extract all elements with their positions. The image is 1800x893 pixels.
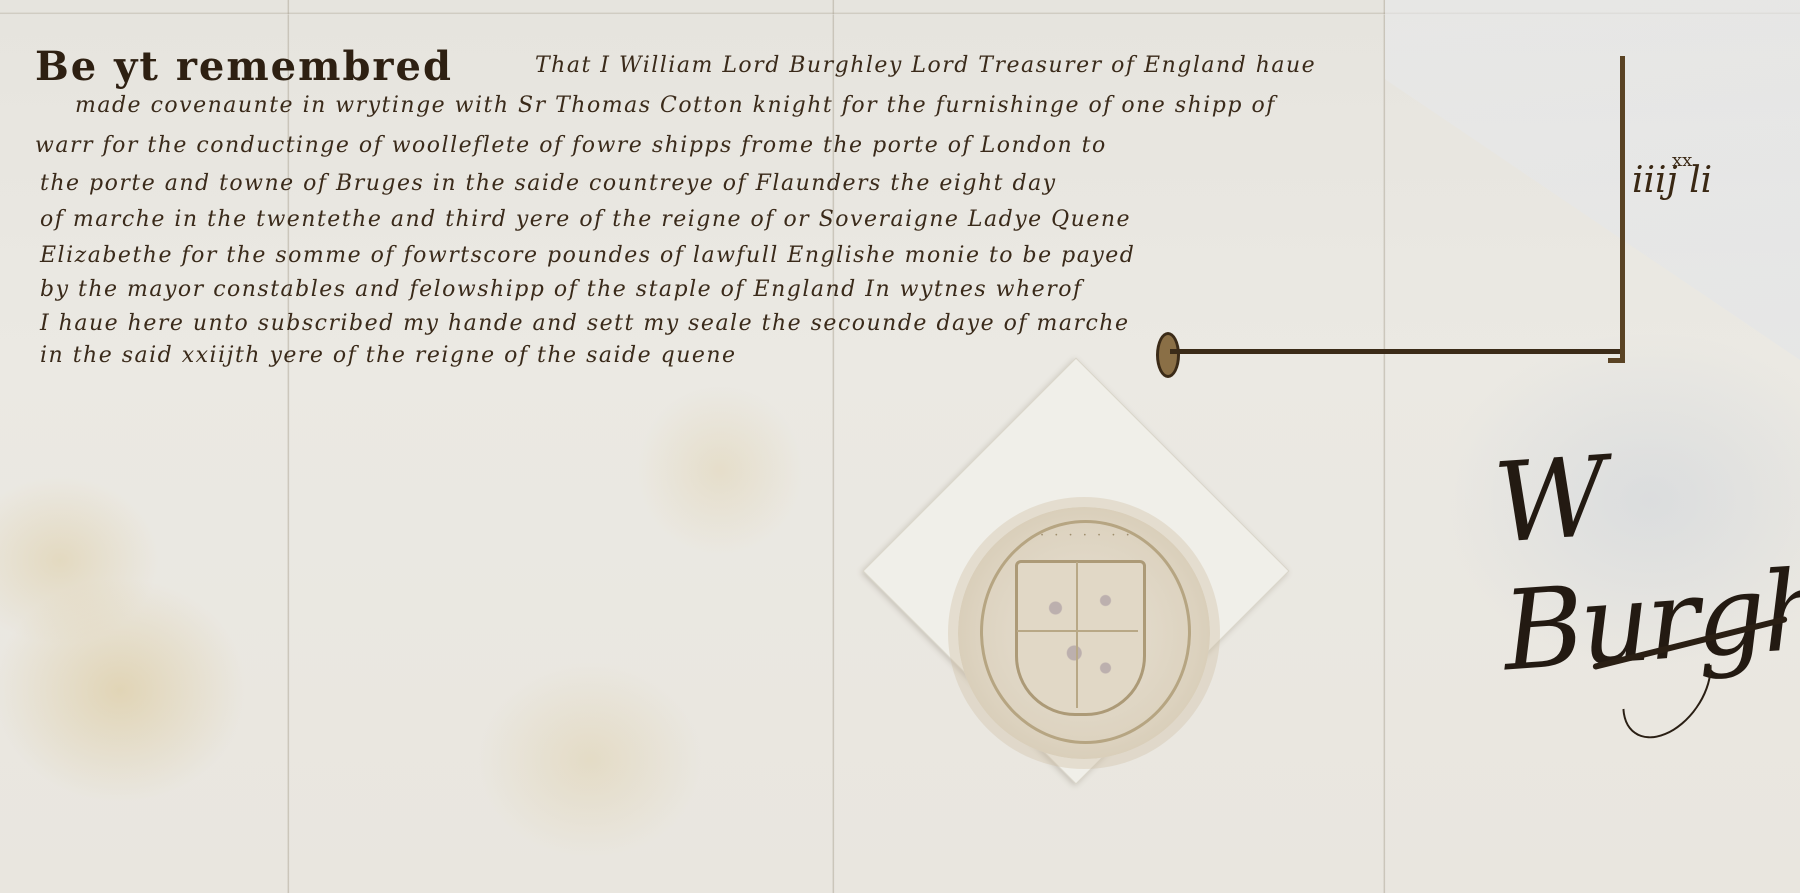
text-line: the porte and towne of Bruges in the sai… (40, 171, 1057, 196)
fold-line (1383, 0, 1386, 893)
rule-terminal (1156, 332, 1180, 378)
marginal-bracket (1608, 56, 1625, 363)
text-line: in the said xxiijth yere of the reigne o… (40, 343, 737, 368)
shield-division (1017, 630, 1138, 632)
text-line: That I William Lord Burghley Lord Treasu… (535, 53, 1316, 78)
closing-rule (1170, 349, 1620, 354)
seal-legend: · · · · · · · (1040, 528, 1133, 543)
text-line: Elizabethe for the somme of fowrtscore p… (40, 243, 1135, 268)
text-line: I haue here unto subscribed my hande and… (40, 311, 1129, 336)
shield-division (1076, 562, 1078, 708)
opening-words: Be yt remembred (35, 43, 453, 90)
text-line: of marche in the twentethe and third yer… (40, 207, 1131, 232)
coat-of-arms-icon (1015, 560, 1146, 716)
marginal-amount: iiij li (1632, 160, 1712, 201)
text-line: by the mayor constables and felowshipp o… (40, 277, 1083, 302)
text-line: made covenaunte in wrytinge with Sr Thom… (75, 93, 1276, 118)
text-line: warr for the conductinge of woolleflete … (35, 133, 1107, 158)
